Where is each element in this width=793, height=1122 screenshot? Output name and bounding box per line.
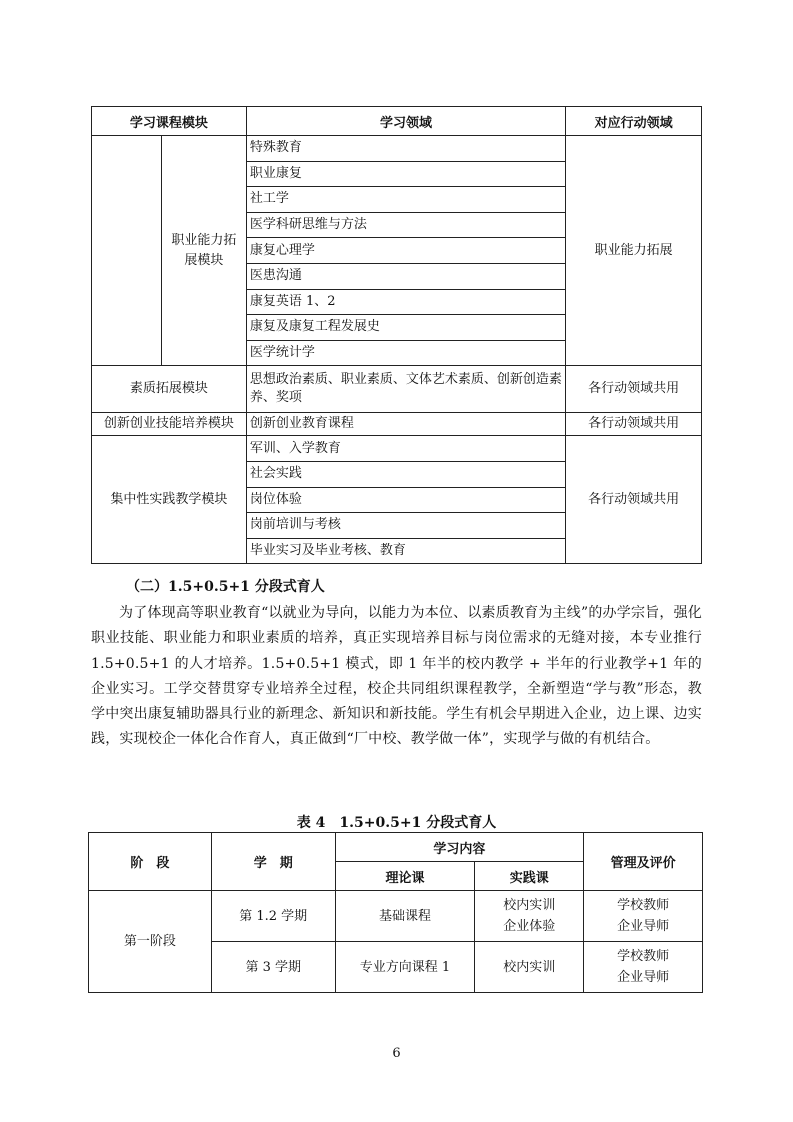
module-blank-cell: [92, 136, 162, 366]
section-heading: （二）1.5+0.5+1 分段式育人: [126, 576, 325, 596]
table-row: 创新创业技能培养模块 创新创业教育课程 各行动领域共用: [92, 413, 702, 436]
management-cell: 学校教师 企业导师: [584, 942, 703, 993]
field-cell: 毕业实习及毕业考核、教育: [246, 538, 565, 564]
action-cell: 职业能力拓展: [566, 136, 702, 366]
field-cell: 创新创业教育课程: [246, 413, 565, 436]
theory-cell: 基础课程: [335, 891, 475, 942]
term-cell: 第 1.2 学期: [211, 891, 335, 942]
module-cell: 素质拓展模块: [92, 366, 247, 413]
field-cell: 康复心理学: [246, 238, 565, 264]
field-cell: 岗位体验: [246, 487, 565, 513]
module-cell: 职业能力拓展模块: [161, 136, 246, 366]
management-item: 企业导师: [584, 967, 702, 988]
stage-cell: 第一阶段: [89, 891, 212, 993]
field-cell: 医学科研思维与方法: [246, 212, 565, 238]
table-caption: 表 4 1.5+0.5+1 分段式育人: [0, 812, 793, 832]
header-stage: 阶 段: [89, 833, 212, 891]
management-item: 学校教师: [584, 895, 702, 916]
term-cell: 第 3 学期: [211, 942, 335, 993]
theory-cell: 专业方向课程 1: [335, 942, 475, 993]
header-term: 学 期: [211, 833, 335, 891]
management-item: 学校教师: [584, 946, 702, 967]
field-cell: 社会实践: [246, 461, 565, 487]
table-header-row: 学习课程模块 学习领域 对应行动领域: [92, 107, 702, 136]
page-number: 6: [0, 1046, 793, 1061]
action-cell: 各行动领域共用: [566, 413, 702, 436]
header-content: 学习内容: [335, 833, 584, 862]
field-cell: 职业康复: [246, 161, 565, 187]
table-row: 集中性实践教学模块 军训、入学教育 各行动领域共用: [92, 436, 702, 462]
practice-cell: 校内实训: [475, 942, 584, 993]
table-row: 第一阶段 第 1.2 学期 基础课程 校内实训 企业体验 学校教师 企业导师: [89, 891, 703, 942]
field-cell: 医学统计学: [246, 340, 565, 366]
field-cell: 康复及康复工程发展史: [246, 315, 565, 341]
section-paragraph: 为了体现高等职业教育“以就业为导向，以能力为本位、以素质教育为主线”的办学宗旨，…: [91, 601, 702, 753]
table-row: 职业能力拓展模块 特殊教育 职业能力拓展: [92, 136, 702, 162]
management-cell: 学校教师 企业导师: [584, 891, 703, 942]
header-action: 对应行动领域: [566, 107, 702, 136]
table-row: 素质拓展模块 思想政治素质、职业素质、文体艺术素质、创新创造素养、奖项 各行动领…: [92, 366, 702, 413]
field-cell: 思想政治素质、职业素质、文体艺术素质、创新创造素养、奖项: [246, 366, 565, 413]
module-cell: 集中性实践教学模块: [92, 436, 247, 564]
header-management: 管理及评价: [584, 833, 703, 891]
module-cell: 创新创业技能培养模块: [92, 413, 247, 436]
staged-education-table: 阶 段 学 期 学习内容 管理及评价 理论课 实践课 第一阶段 第 1.2 学期…: [88, 832, 703, 993]
header-module: 学习课程模块: [92, 107, 247, 136]
practice-item: 校内实训: [475, 895, 583, 916]
header-practice: 实践课: [475, 862, 584, 891]
field-cell: 医患沟通: [246, 263, 565, 289]
field-cell: 特殊教育: [246, 136, 565, 162]
header-field: 学习领域: [246, 107, 565, 136]
action-cell: 各行动领域共用: [566, 436, 702, 564]
header-theory: 理论课: [335, 862, 475, 891]
action-cell: 各行动领域共用: [566, 366, 702, 413]
management-item: 企业导师: [584, 916, 702, 937]
field-cell: 康复英语 1、2: [246, 289, 565, 315]
curriculum-module-table: 学习课程模块 学习领域 对应行动领域 职业能力拓展模块 特殊教育 职业能力拓展 …: [91, 106, 702, 564]
practice-item: 企业体验: [475, 916, 583, 937]
field-cell: 军训、入学教育: [246, 436, 565, 462]
field-cell: 社工学: [246, 187, 565, 213]
module-label: 职业能力拓展模块: [168, 231, 240, 271]
practice-cell: 校内实训 企业体验: [475, 891, 584, 942]
practice-item: 校内实训: [475, 957, 583, 978]
table-header-row: 阶 段 学 期 学习内容 管理及评价: [89, 833, 703, 862]
field-cell: 岗前培训与考核: [246, 513, 565, 539]
